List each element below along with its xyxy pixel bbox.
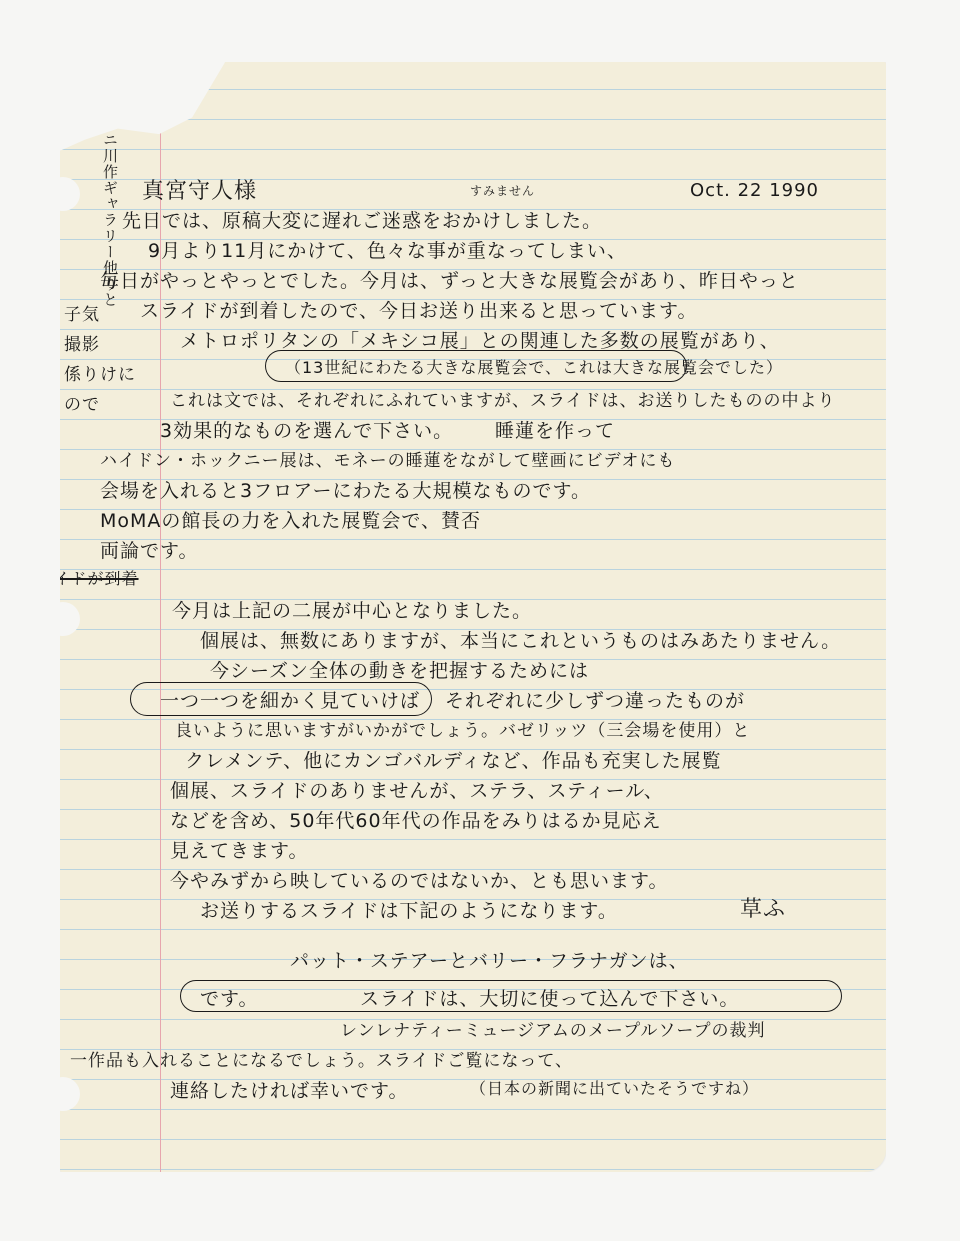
body-line-16: 今シーズン全体の動きを把握するためには xyxy=(210,656,589,683)
signature: 草ふ xyxy=(740,892,786,923)
body-line-25: お送りするスライドは下記のようになります。 xyxy=(200,896,618,923)
body-line-28: スライドは、大切に使って込んで下さい。 xyxy=(360,984,739,1011)
body-line-6: （13世紀にわたる大きな展覧会で、これは大きな展覧会でした） xyxy=(285,355,783,378)
body-line-29: レンレナティーミュージアムのメープルソープの裁判 xyxy=(340,1016,766,1041)
body-line-23: 見えてきます。 xyxy=(170,836,308,863)
body-line-7: これは文では、それぞれにふれていますが、スライドは、お送りしたものの中より xyxy=(170,386,836,411)
body-line-12: MoMAの館長の力を入れた展覧会で、賛否 xyxy=(100,506,481,533)
notebook-page: ニ川作ギャラリー他りと 子気 撮影 係りけに ので 真宮守人様 すみません Oc… xyxy=(60,62,886,1172)
margin-left-note-4: ので xyxy=(64,390,100,420)
body-line-13: 両論です。 xyxy=(100,536,198,563)
body-line-15: 個展は、無数にありますが、本当にこれというものはみあたりません。 xyxy=(200,626,841,653)
struck-line: スライドが到着 xyxy=(20,566,139,589)
body-line-8: 3効果的なものを選んで下さい。 xyxy=(160,416,453,443)
body-line-11: 会場を入れると3フロアーにわたる大規模なものです。 xyxy=(100,476,591,503)
body-line-10: ハイドン・ホックニー展は、モネーの睡蓮をながして壁画にビデオにも xyxy=(100,446,675,471)
body-line-14: 今月は上記の二展が中心となりました。 xyxy=(172,596,532,623)
body-line-2: 9月より11月にかけて、色々な事が重なってしまい、 xyxy=(148,236,627,263)
letter-date: Oct. 22 1990 xyxy=(690,180,819,201)
body-line-24: 今やみずから映しているのではないか、とも思います。 xyxy=(170,866,668,893)
body-line-17: 一つ一つを細かく見ていけば xyxy=(160,686,420,713)
punch-hole-bottom xyxy=(46,1077,80,1111)
body-line-26: パット・ステアーとバリー・フラナガンは、 xyxy=(290,946,689,973)
body-line-4: スライドが到着したので、今日お送り出来ると思っています。 xyxy=(140,296,698,323)
body-line-22: などを含め、50年代60年代の作品をみりはるか見応え xyxy=(170,806,662,833)
body-line-19: 良いように思いますがいかがでしょう。バゼリッツ（三会場を使用）と xyxy=(175,716,750,741)
margin-left-note-2: 撮影 xyxy=(64,330,100,360)
body-line-32: （日本の新聞に出ていたそうですね） xyxy=(470,1076,759,1099)
body-line-3: 毎日がやっとやっとでした。今月は、ずっと大きな展覧会があり、昨日やっと xyxy=(100,266,799,293)
body-line-18: それぞれに少しずつ違ったものが xyxy=(445,686,745,713)
salutation: 真宮守人様 xyxy=(142,174,257,205)
punch-hole-top xyxy=(46,177,80,211)
punch-hole-middle xyxy=(46,602,80,636)
body-line-1: 先日では、原稿大変に遅れご迷惑をおかけしました。 xyxy=(122,206,602,233)
margin-left-note-1: 子気 xyxy=(64,300,100,330)
body-line-9: 睡蓮を作って xyxy=(495,416,615,443)
body-line-31: 連絡したければ幸いです。 xyxy=(170,1076,408,1103)
body-line-5: メトロポリタンの「メキシコ展」との関連した多数の展覧があり、 xyxy=(180,326,780,353)
above-line-note: すみません xyxy=(470,182,535,199)
body-line-30: 一作品も入れることになるでしょう。スライドご覧になって、 xyxy=(70,1046,573,1071)
margin-left-note-3: 係りけに xyxy=(64,360,136,390)
body-line-27: です。 xyxy=(200,984,258,1011)
body-line-21: 個展、スライドのありませんが、ステラ、スティール、 xyxy=(170,776,664,803)
body-line-20: クレメンテ、他にカンゴバルディなど、作品も充実した展覧 xyxy=(185,746,722,773)
